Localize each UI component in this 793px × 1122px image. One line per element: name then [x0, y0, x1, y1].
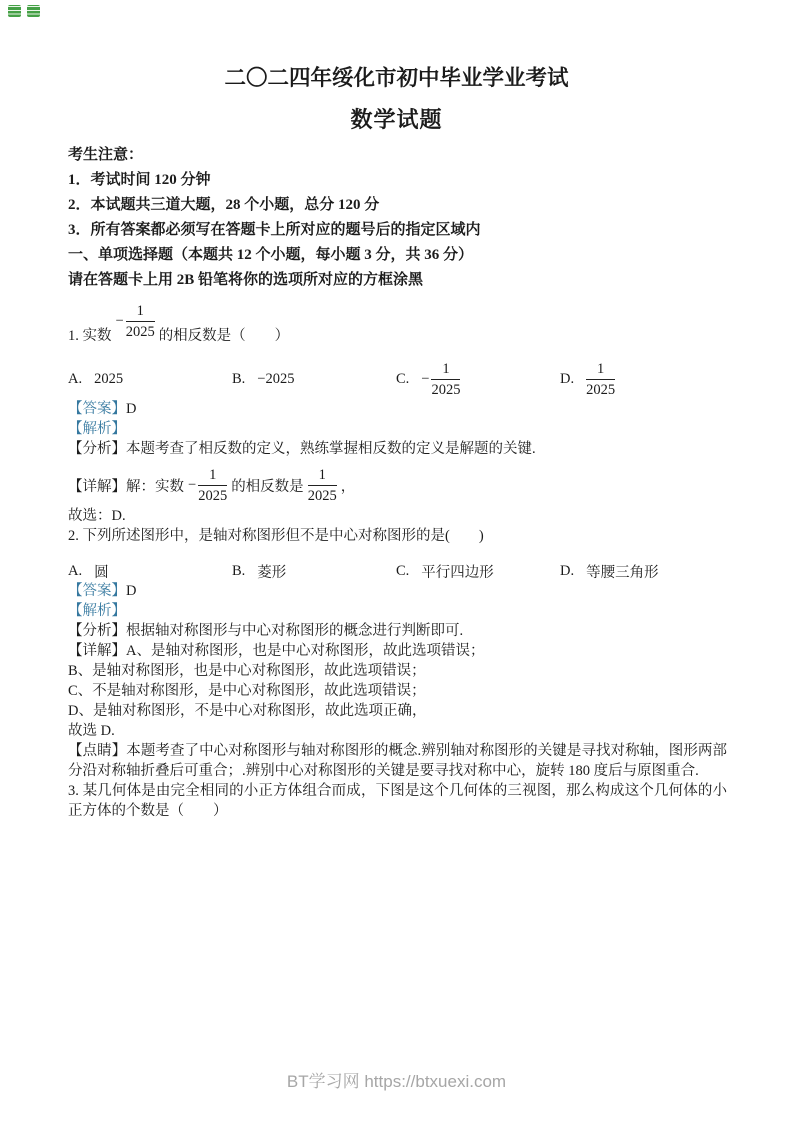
analysis-tag-line: 【解析】	[68, 419, 727, 439]
fraction: − 1 2025	[188, 466, 227, 505]
key-point-paragraph: 【点睛】本题考查了中心对称图形与轴对称图形的概念.辨别轴对称图形的关键是寻找对称…	[68, 741, 727, 781]
option-label: D.	[560, 563, 574, 580]
option-c: C. − 1 2025	[396, 360, 560, 399]
fraction-numerator: 1	[198, 466, 227, 486]
fraction-denominator: 2025	[198, 486, 227, 505]
notice-block: 考生注意： 1．考试时间 120 分钟 2．本试题共三道大题，28 个小题，总分…	[68, 143, 727, 293]
analysis-line: 【分析】本题考查了相反数的定义，熟练掌握相反数的定义是解题的关键.	[68, 439, 727, 459]
option-label: A.	[68, 563, 82, 580]
option-b: B. 菱形	[232, 561, 396, 582]
answer-tag: 【答案】	[68, 583, 126, 599]
q1-detail-line: 【详解】解：实数 − 1 2025 的相反数是 1 2025 ，	[68, 464, 727, 506]
option-label: C.	[396, 371, 409, 388]
detail-suffix: ，	[341, 475, 356, 496]
exam-title: 二〇二四年绥化市初中毕业学业考试	[0, 64, 793, 92]
green-doc-icon	[27, 5, 40, 17]
analysis-tag: 【解析】	[68, 603, 126, 619]
option-label: B.	[232, 371, 245, 388]
option-text: 2025	[94, 371, 123, 388]
answer-value: D	[126, 401, 136, 417]
option-text: 圆	[94, 561, 109, 582]
option-d: D. 1 2025	[560, 360, 615, 399]
option-text: −2025	[257, 371, 294, 388]
detail-line: B、是轴对称图形，也是中心对称图形，故此选项错误；	[68, 661, 727, 681]
q1-stem-prefix: 1. 实数	[68, 324, 112, 345]
section-instruction: 请在答题卡上用 2B 铅笔将你的选项所对应的方框涂黑	[68, 268, 727, 293]
option-label: C.	[396, 563, 409, 580]
fraction-numerator: 1	[431, 360, 460, 380]
fraction-denominator: 2025	[308, 486, 337, 505]
notice-item: 1．考试时间 120 分钟	[68, 168, 727, 193]
analysis-tag: 【解析】	[68, 421, 126, 437]
corner-icons	[8, 5, 40, 17]
q1-stem: 1. 实数 − 1 2025 的相反数是（ ）	[68, 301, 727, 345]
analysis-tag-line: 【解析】	[68, 601, 727, 621]
notice-heading: 考生注意：	[68, 143, 727, 168]
detail-line: C、不是轴对称图形，是中心对称图形，故此选项错误；	[68, 681, 727, 701]
option-text: 等腰三角形	[586, 561, 659, 582]
answer-value: D	[126, 583, 136, 599]
watermark: BT学习网 https://btxuexi.com	[0, 1067, 793, 1092]
q3-stem: 3. 某几何体是由完全相同的小正方体组合而成，下图是这个几何体的三视图，那么构成…	[68, 781, 727, 821]
conclusion-line: 故选 D.	[68, 721, 727, 741]
minus-sign: −	[421, 371, 429, 388]
option-a: A. 圆	[68, 561, 232, 582]
option-b: B. −2025	[232, 371, 396, 388]
notice-item: 3．所有答案都必须写在答题卡上所对应的题号后的指定区域内	[68, 218, 727, 243]
minus-sign: −	[116, 313, 124, 330]
conclusion-line: 故选：D.	[68, 506, 727, 526]
fraction-numerator: 1	[308, 466, 337, 486]
detail-line: 【详解】A、是轴对称图形，也是中心对称图形，故此选项错误；	[68, 641, 727, 661]
detail-mid: 的相反数是	[231, 475, 304, 496]
green-doc-icon	[8, 5, 21, 17]
fraction: − 1 2025	[116, 302, 155, 341]
exam-body: 考生注意： 1．考试时间 120 分钟 2．本试题共三道大题，28 个小题，总分…	[68, 143, 727, 821]
detail-prefix: 【详解】解：实数	[68, 475, 184, 496]
q2-options: A. 圆 B. 菱形 C. 平行四边形 D. 等腰三角形	[68, 561, 727, 581]
q1-stem-suffix: 的相反数是（ ）	[159, 324, 290, 345]
detail-line: D、是轴对称图形，不是中心对称图形，故此选项正确，	[68, 701, 727, 721]
fraction-denominator: 2025	[126, 322, 155, 341]
fraction-numerator: 1	[126, 302, 155, 322]
q2-stem: 2. 下列所述图形中，是轴对称图形但不是中心对称图形的是( )	[68, 526, 727, 546]
fraction: 1 2025	[586, 360, 615, 399]
analysis-line: 【分析】根据轴对称图形与中心对称图形的概念进行判断即可.	[68, 621, 727, 641]
fraction: − 1 2025	[421, 360, 460, 399]
fraction-denominator: 2025	[586, 380, 615, 399]
fraction-denominator: 2025	[431, 380, 460, 399]
option-label: B.	[232, 563, 245, 580]
option-label: D.	[560, 371, 574, 388]
fraction-numerator: 1	[586, 360, 615, 380]
answer-line: 【答案】D	[68, 581, 727, 601]
section-heading: 一、单项选择题（本题共 12 个小题，每小题 3 分，共 36 分）	[68, 243, 727, 268]
q1-options: A. 2025 B. −2025 C. − 1 2025 D.	[68, 359, 727, 399]
option-text: 菱形	[257, 561, 286, 582]
option-a: A. 2025	[68, 371, 232, 388]
exam-subtitle: 数学试题	[0, 106, 793, 134]
fraction: 1 2025	[308, 466, 337, 505]
option-c: C. 平行四边形	[396, 561, 560, 582]
answer-line: 【答案】D	[68, 399, 727, 419]
notice-item: 2．本试题共三道大题，28 个小题，总分 120 分	[68, 193, 727, 218]
minus-sign: −	[188, 477, 196, 494]
option-d: D. 等腰三角形	[560, 561, 659, 582]
option-text: 平行四边形	[421, 561, 494, 582]
answer-tag: 【答案】	[68, 401, 126, 417]
option-label: A.	[68, 371, 82, 388]
